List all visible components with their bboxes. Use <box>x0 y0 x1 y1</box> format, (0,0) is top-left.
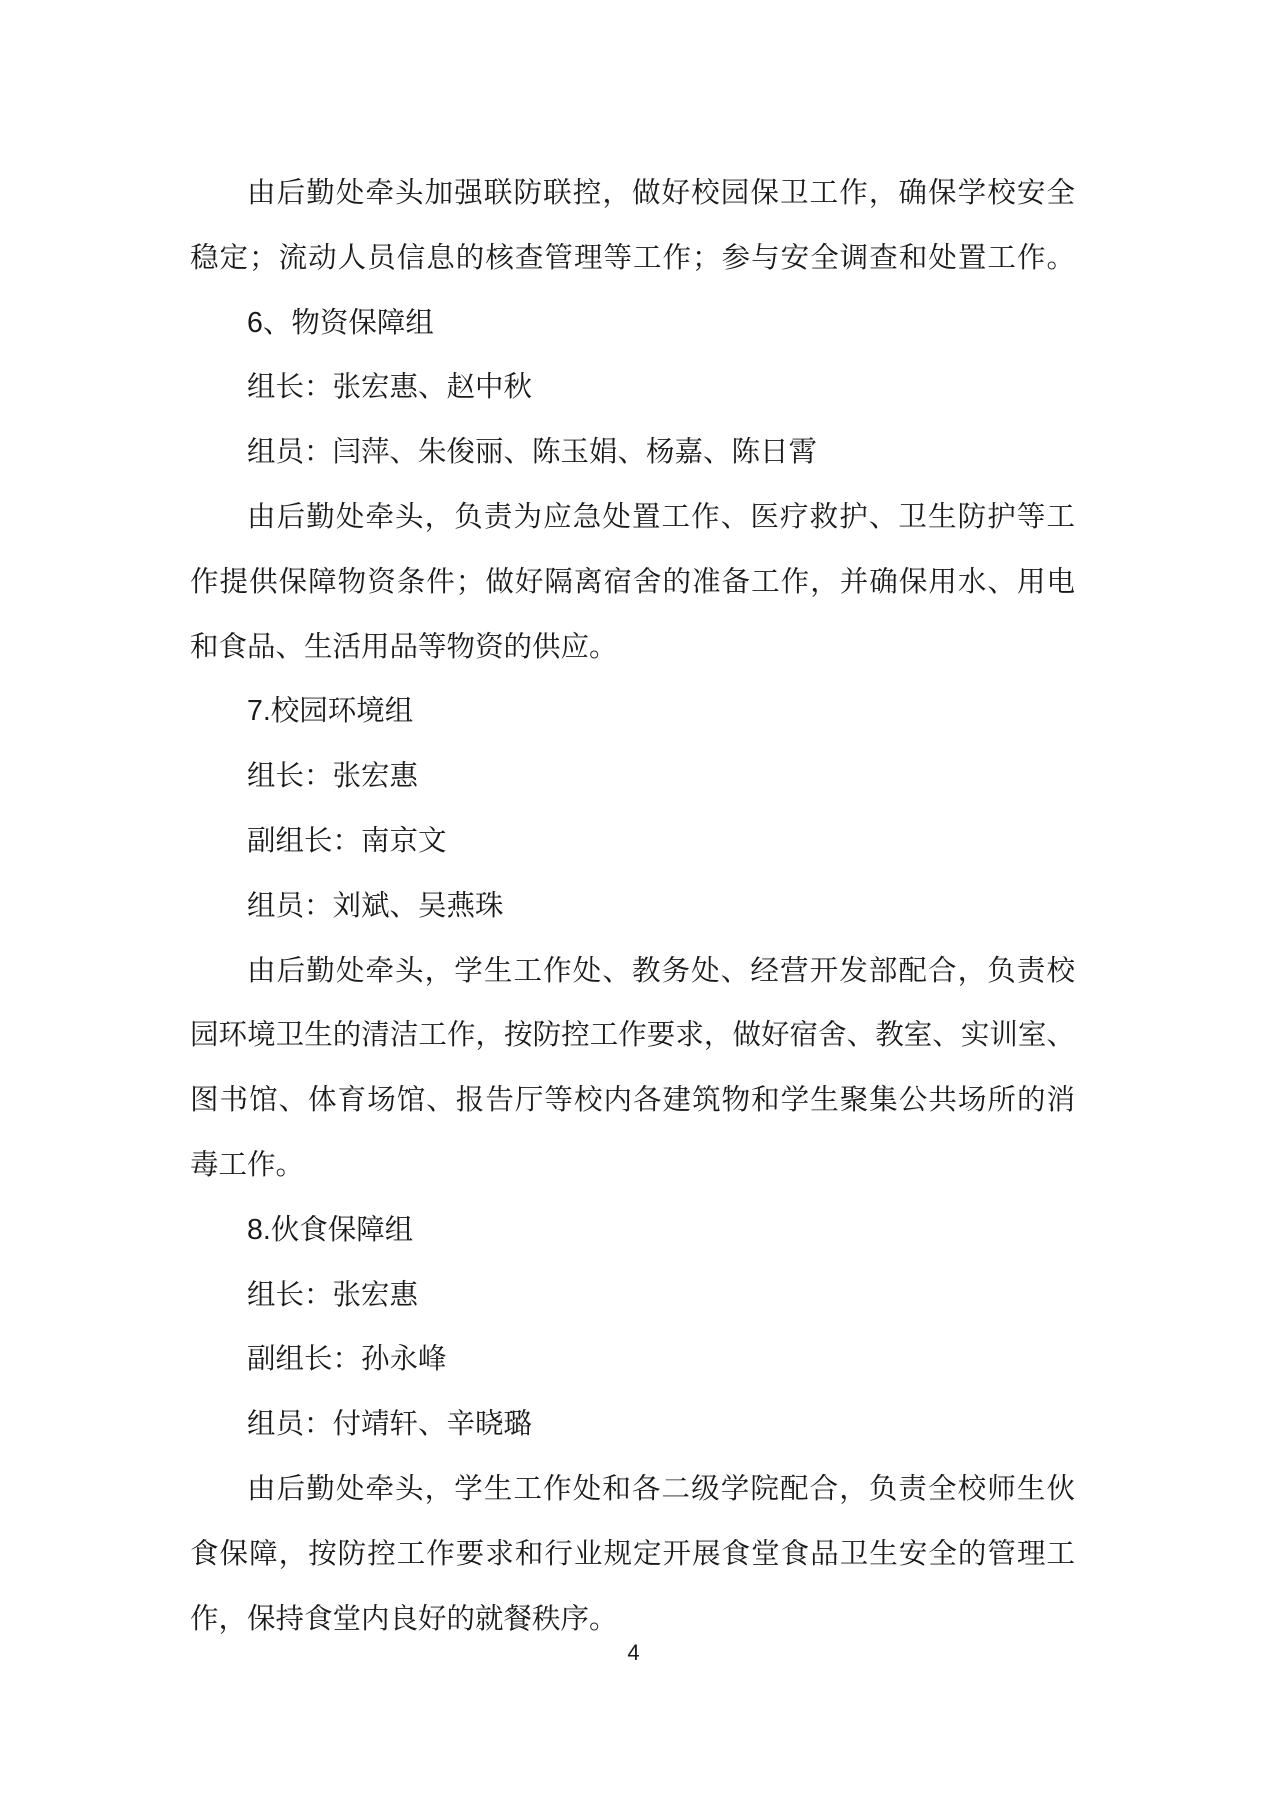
text-line: 组员：付靖轩、辛晓璐 <box>190 1392 1075 1457</box>
page-number: 4 <box>0 1638 1267 1668</box>
text-line: 8.伙食保障组 <box>190 1198 1075 1263</box>
document-page: 由后勤处牵头加强联防联控，做好校园保卫工作，确保学校安全稳定；流动人员信息的核查… <box>0 0 1267 1793</box>
text-line: 由后勤处牵头，学生工作处、教务处、经营开发部配合，负责校 <box>190 939 1075 1004</box>
text-line: 组长：张宏惠 <box>190 1263 1075 1328</box>
text-line: 组员：闫萍、朱俊丽、陈玉娟、杨嘉、陈日霄 <box>190 420 1075 485</box>
text-line: 由后勤处牵头，负责为应急处置工作、医疗救护、卫生防护等工 <box>190 485 1075 550</box>
text-line: 7.校园环境组 <box>190 679 1075 744</box>
text-line: 副组长：孙永峰 <box>190 1327 1075 1392</box>
text-line: 由后勤处牵头，学生工作处和各二级学院配合，负责全校师生伙 <box>190 1457 1075 1522</box>
document-body: 由后勤处牵头加强联防联控，做好校园保卫工作，确保学校安全稳定；流动人员信息的核查… <box>190 161 1075 1651</box>
text-line: 由后勤处牵头加强联防联控，做好校园保卫工作，确保学校安全 <box>190 161 1075 226</box>
text-line: 组长：张宏惠 <box>190 744 1075 809</box>
text-line: 作提供保障物资条件；做好隔离宿舍的准备工作，并确保用水、用电 <box>190 550 1075 615</box>
text-line: 副组长：南京文 <box>190 809 1075 874</box>
text-line: 和食品、生活用品等物资的供应。 <box>190 615 1075 680</box>
text-line: 稳定；流动人员信息的核查管理等工作；参与安全调查和处置工作。 <box>190 226 1075 291</box>
text-line: 园环境卫生的清洁工作，按防控工作要求，做好宿舍、教室、实训室、 <box>190 1003 1075 1068</box>
text-line: 组员：刘斌、吴燕珠 <box>190 874 1075 939</box>
text-line: 6、物资保障组 <box>190 291 1075 356</box>
text-line: 毒工作。 <box>190 1133 1075 1198</box>
text-line: 食保障，按防控工作要求和行业规定开展食堂食品卫生安全的管理工 <box>190 1522 1075 1587</box>
text-line: 图书馆、体育场馆、报告厅等校内各建筑物和学生聚集公共场所的消 <box>190 1068 1075 1133</box>
text-line: 组长：张宏惠、赵中秋 <box>190 355 1075 420</box>
